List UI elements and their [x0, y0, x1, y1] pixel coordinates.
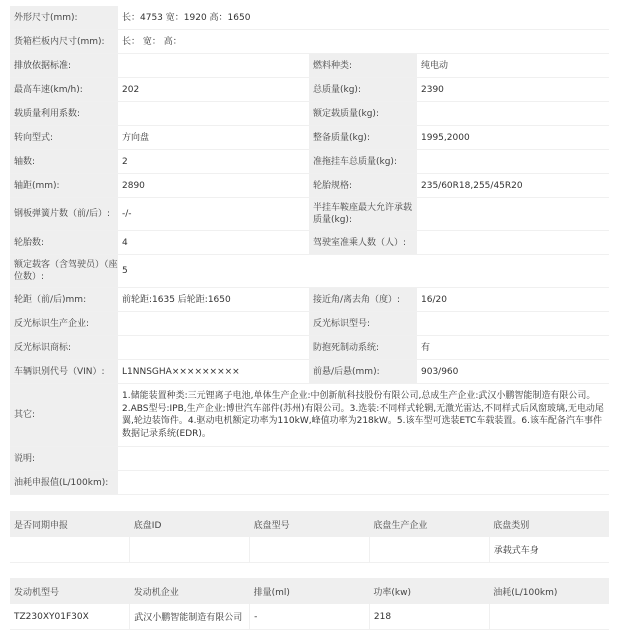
engine-cell-fuel — [489, 604, 609, 630]
label-fuel-consumption: 油耗申报值(L/100km): — [10, 471, 118, 495]
value-overhang: 903/960 — [417, 360, 609, 384]
engine-header-row: 发动机型号 发动机企业 排量(ml) 功率(kw) 油耗(L/100km) — [10, 578, 609, 604]
label-leaf-springs: 钢板弹簧片数（前/后）: — [10, 198, 118, 231]
value-axles: 2 — [118, 150, 309, 174]
engine-header-maker: 发动机企业 — [130, 578, 250, 604]
label-reflector-maker: 反光标识生产企业: — [10, 312, 118, 336]
value-vin: L1NNSGHA××××××××× — [118, 360, 309, 384]
value-approach-departure: 16/20 — [417, 288, 609, 312]
label-reflector-brand: 反光标识商标: — [10, 336, 118, 360]
spec-row-cargo-dimensions: 货箱栏板内尺寸(mm): 长： 宽： 高： — [10, 30, 609, 54]
label-abs: 防抱死制动系统: — [309, 336, 417, 360]
chassis-cell-model — [250, 537, 370, 563]
label-load-utilization: 载质量利用系数: — [10, 102, 118, 126]
label-emission-standard: 排放依据标准: — [10, 54, 118, 78]
engine-header-displacement: 排量(ml) — [250, 578, 370, 604]
spec-row: 钢板弹簧片数（前/后）: -/- 半挂车鞍座最大允许承载质量(kg): — [10, 198, 609, 231]
engine-cell-model: TZ230XY01F30X — [10, 604, 130, 630]
label-dimensions: 外形尺寸(mm): — [10, 6, 118, 30]
label-rated-load: 额定载质量(kg): — [309, 102, 417, 126]
value-gross-mass: 2390 — [417, 78, 609, 102]
spec-row: 轴距(mm): 2890 轮胎规格: 235/60R18,255/45R20 — [10, 174, 609, 198]
table-row: TZ230XY01F30X 武汉小鹏智能制造有限公司 - 218 — [10, 604, 609, 630]
label-tire-count: 轮胎数: — [10, 231, 118, 255]
engine-table: 发动机型号 发动机企业 排量(ml) 功率(kw) 油耗(L/100km) TZ… — [10, 578, 609, 630]
value-other: 1.储能装置种类:三元锂离子电池,单体生产企业:中创新航科技股份有限公司,总成生… — [118, 384, 609, 447]
chassis-cell-maker — [369, 537, 489, 563]
spec-row: 载质量利用系数: 额定载质量(kg): — [10, 102, 609, 126]
value-steering: 方向盘 — [118, 126, 309, 150]
value-saddle-load — [417, 198, 609, 231]
value-cab-occupants — [417, 231, 609, 255]
value-cargo-dimensions: 长： 宽： 高： — [118, 30, 609, 54]
value-leaf-springs: -/- — [118, 198, 309, 231]
value-tire-count: 4 — [118, 231, 309, 255]
value-reflector-maker — [118, 312, 309, 336]
engine-cell-maker: 武汉小鹏智能制造有限公司 — [130, 604, 250, 630]
value-track: 前轮距:1635 后轮距:1650 — [118, 288, 309, 312]
label-trailer-mass: 准拖挂车总质量(kg): — [309, 150, 417, 174]
spec-row: 转向型式: 方向盘 整备质量(kg): 1995,2000 — [10, 126, 609, 150]
spec-row: 排放依据标准: 燃料种类: 纯电动 — [10, 54, 609, 78]
label-vin: 车辆识别代号（VIN）: — [10, 360, 118, 384]
chassis-header-id: 底盘ID — [130, 511, 250, 537]
value-tire-spec: 235/60R18,255/45R20 — [417, 174, 609, 198]
value-seats: 5 — [118, 255, 609, 288]
chassis-cell-concurrent — [10, 537, 130, 563]
chassis-cell-type: 承载式车身 — [489, 537, 609, 563]
engine-header-model: 发动机型号 — [10, 578, 130, 604]
chassis-table: 是否同期申报 底盘ID 底盘型号 底盘生产企业 底盘类别 承载式车身 — [10, 511, 609, 563]
value-fuel-type: 纯电动 — [417, 54, 609, 78]
value-emission-standard — [118, 54, 309, 78]
label-axles: 轴数: — [10, 150, 118, 174]
label-tire-spec: 轮胎规格: — [309, 174, 417, 198]
spec-row: 轴数: 2 准拖挂车总质量(kg): — [10, 150, 609, 174]
label-track: 轮距（前/后)mm: — [10, 288, 118, 312]
value-load-utilization — [118, 102, 309, 126]
spec-row: 额定载客（含驾驶员）（座位数）: 5 — [10, 255, 609, 288]
label-reflector-model: 反光标识型号: — [309, 312, 417, 336]
label-cargo-dimensions: 货箱栏板内尺寸(mm): — [10, 30, 118, 54]
spec-row: 反光标识商标: 防抱死制动系统: 有 — [10, 336, 609, 360]
spec-row: 最高车速(km/h): 202 总质量(kg): 2390 — [10, 78, 609, 102]
spec-row: 车辆识别代号（VIN）: L1NNSGHA××××××××× 前悬/后悬(mm)… — [10, 360, 609, 384]
label-approach-departure: 接近角/离去角（度）: — [309, 288, 417, 312]
label-other: 其它: — [10, 384, 118, 447]
chassis-cell-id — [130, 537, 250, 563]
engine-header-fuel: 油耗(L/100km) — [489, 578, 609, 604]
value-fuel-consumption — [118, 471, 609, 495]
label-seats: 额定载客（含驾驶员）（座位数）: — [10, 255, 118, 288]
label-steering: 转向型式: — [10, 126, 118, 150]
spec-row: 轮距（前/后)mm: 前轮距:1635 后轮距:1650 接近角/离去角（度）:… — [10, 288, 609, 312]
label-wheelbase: 轴距(mm): — [10, 174, 118, 198]
spec-row: 轮胎数: 4 驾驶室准乘人数（人）: — [10, 231, 609, 255]
value-abs: 有 — [417, 336, 609, 360]
label-fuel-type: 燃料种类: — [309, 54, 417, 78]
label-gross-mass: 总质量(kg): — [309, 78, 417, 102]
value-trailer-mass — [417, 150, 609, 174]
table-row: 承载式车身 — [10, 537, 609, 563]
label-curb-mass: 整备质量(kg): — [309, 126, 417, 150]
label-max-speed: 最高车速(km/h): — [10, 78, 118, 102]
vehicle-spec-table: 外形尺寸(mm): 长：4753 宽：1920 高：1650 货箱栏板内尺寸(m… — [10, 6, 609, 495]
engine-header-power: 功率(kw) — [369, 578, 489, 604]
value-max-speed: 202 — [118, 78, 309, 102]
spec-row-notes: 说明: — [10, 447, 609, 471]
label-cab-occupants: 驾驶室准乘人数（人）: — [309, 231, 417, 255]
value-reflector-model — [417, 312, 609, 336]
value-rated-load — [417, 102, 609, 126]
spec-row-other: 其它: 1.储能装置种类:三元锂离子电池,单体生产企业:中创新航科技股份有限公司… — [10, 384, 609, 447]
engine-cell-displacement: - — [250, 604, 370, 630]
value-dimensions: 长：4753 宽：1920 高：1650 — [118, 6, 609, 30]
chassis-header-type: 底盘类别 — [489, 511, 609, 537]
chassis-header-row: 是否同期申报 底盘ID 底盘型号 底盘生产企业 底盘类别 — [10, 511, 609, 537]
chassis-header-model: 底盘型号 — [250, 511, 370, 537]
label-overhang: 前悬/后悬(mm): — [309, 360, 417, 384]
value-reflector-brand — [118, 336, 309, 360]
engine-cell-power: 218 — [369, 604, 489, 630]
value-wheelbase: 2890 — [118, 174, 309, 198]
label-saddle-load: 半挂车鞍座最大允许承载质量(kg): — [309, 198, 417, 231]
spec-row: 反光标识生产企业: 反光标识型号: — [10, 312, 609, 336]
value-notes — [118, 447, 609, 471]
chassis-header-maker: 底盘生产企业 — [369, 511, 489, 537]
label-notes: 说明: — [10, 447, 118, 471]
value-curb-mass: 1995,2000 — [417, 126, 609, 150]
spec-row-fuel-consumption: 油耗申报值(L/100km): — [10, 471, 609, 495]
spec-row-dimensions: 外形尺寸(mm): 长：4753 宽：1920 高：1650 — [10, 6, 609, 30]
chassis-header-concurrent: 是否同期申报 — [10, 511, 130, 537]
